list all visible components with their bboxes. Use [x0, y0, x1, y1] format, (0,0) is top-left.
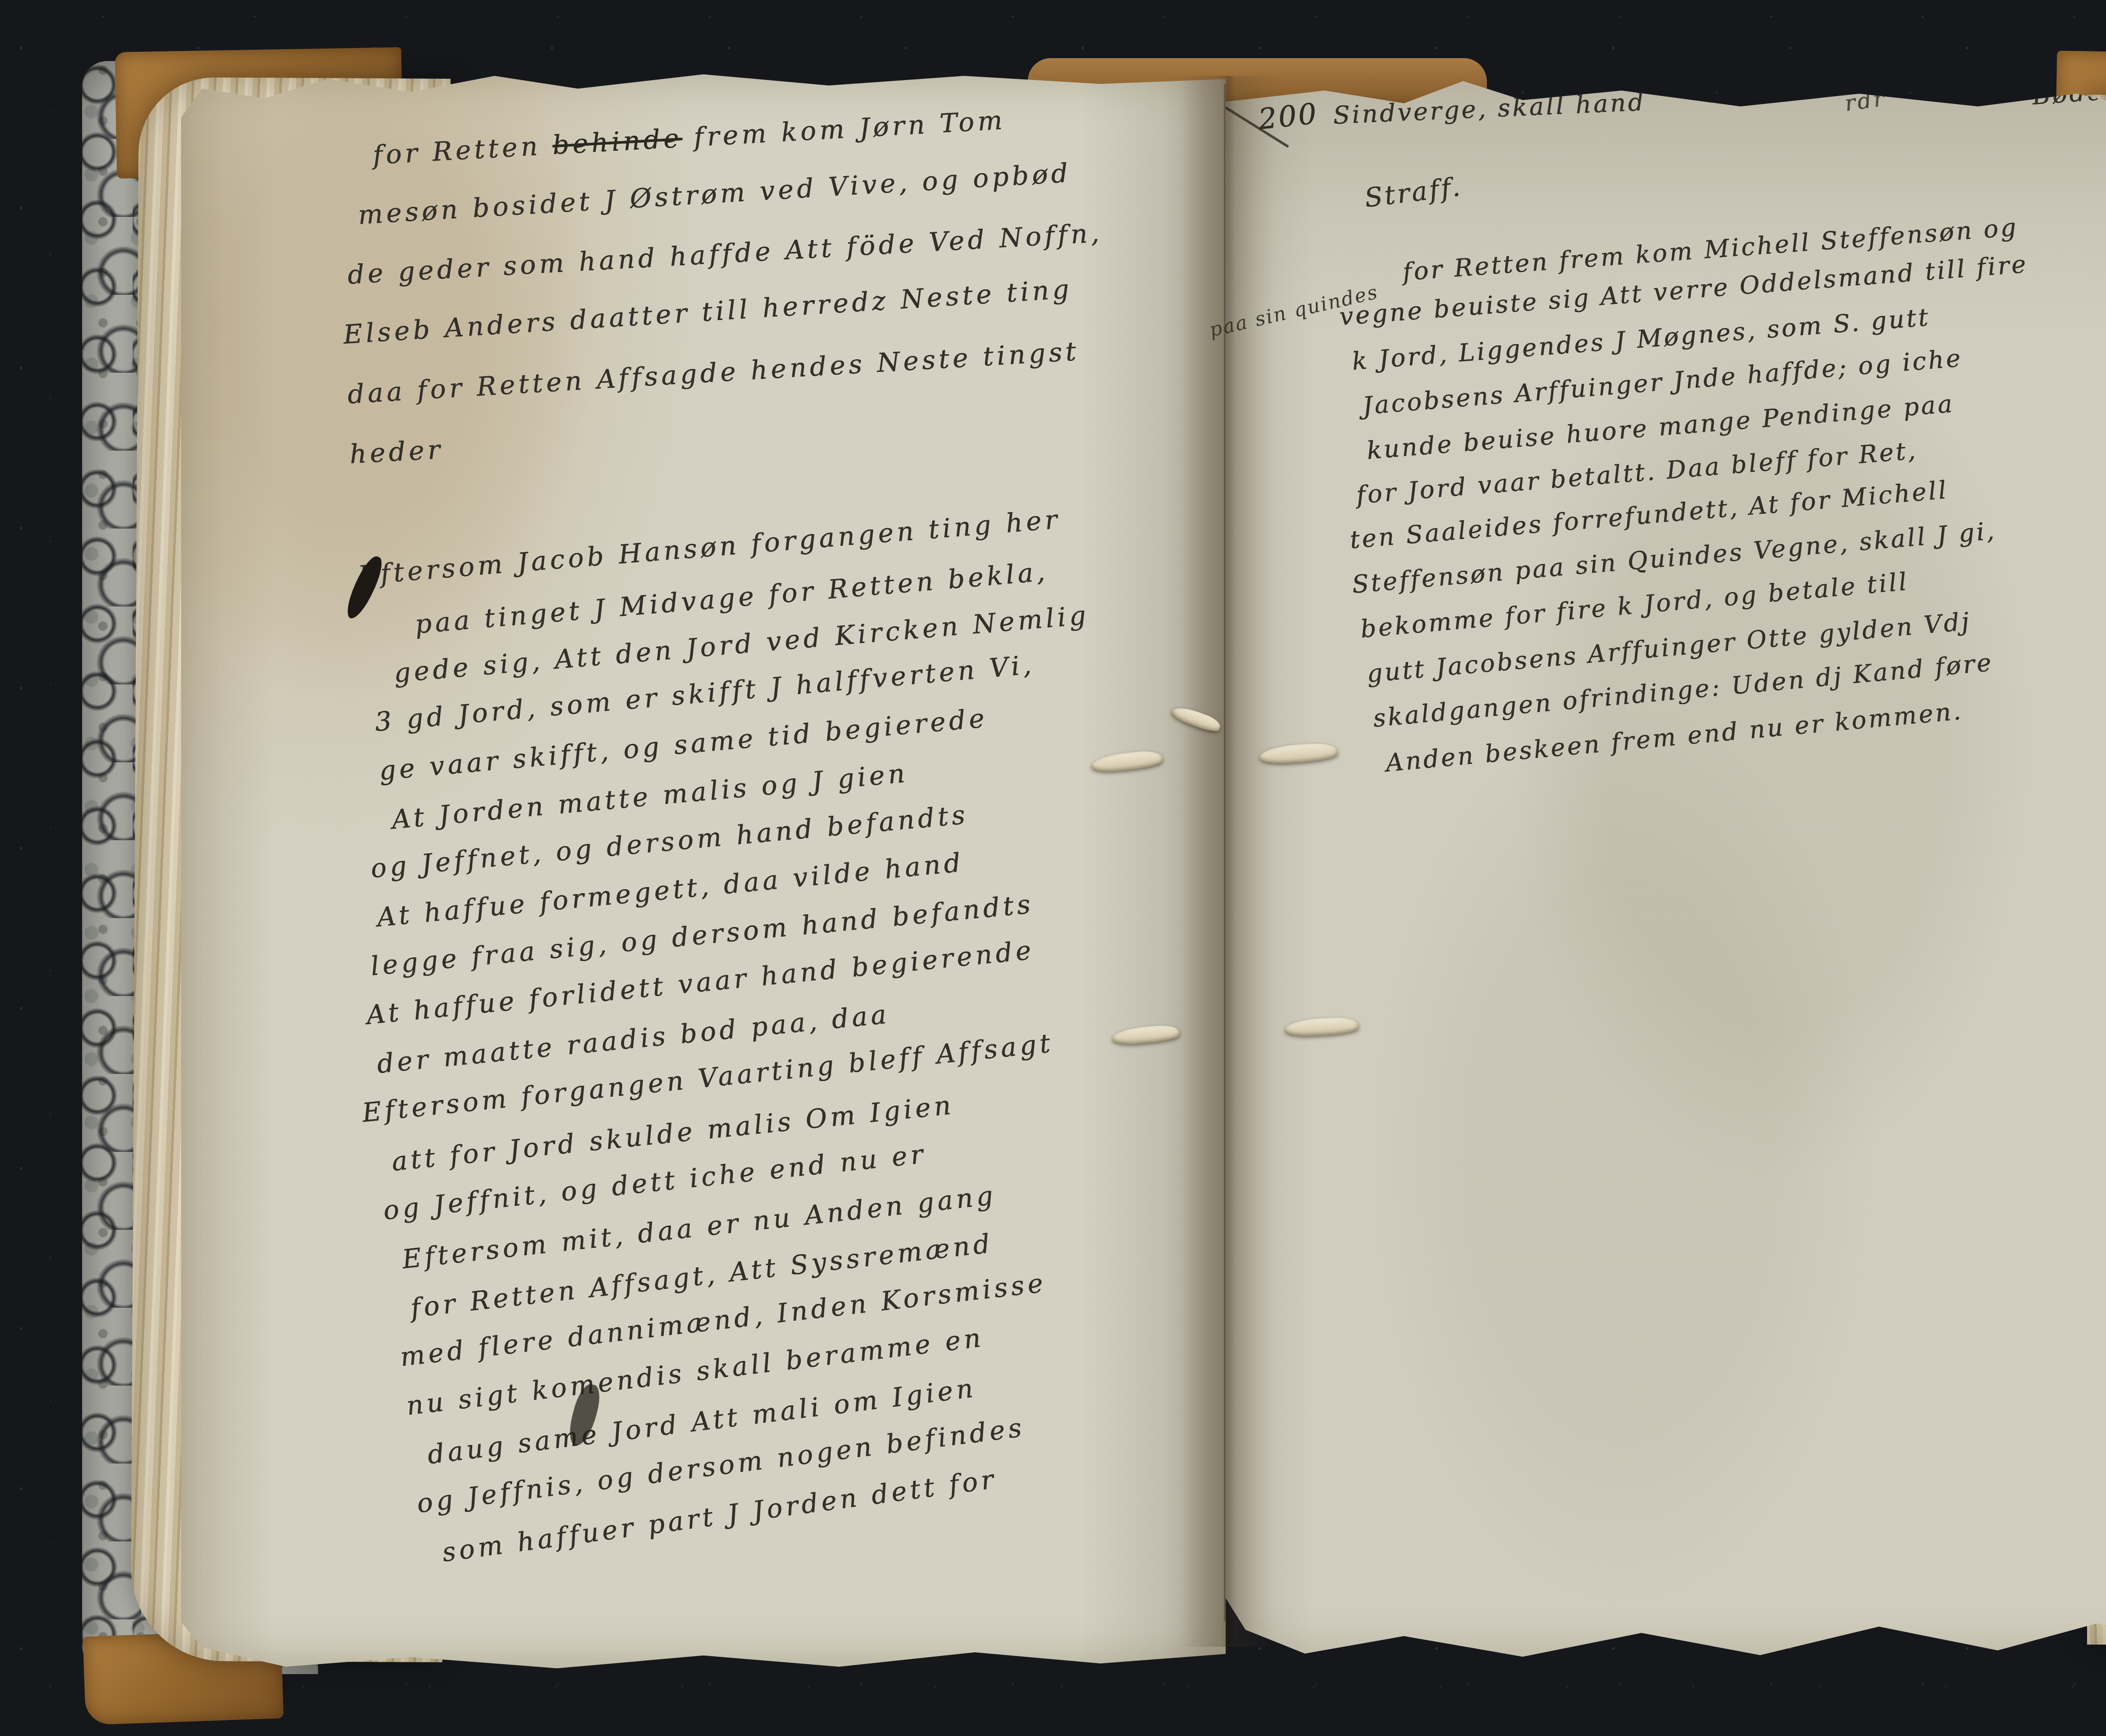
manuscript-header-line: Straff.: [1363, 172, 1464, 213]
manuscript-line: for Retten behinde frem kom Jørn Tom: [372, 106, 1006, 170]
right-page: 200 Sindverge, skall hand rdr Bøde sin S…: [1226, 78, 2106, 1661]
page-number: 200: [1257, 99, 1319, 134]
line-text: frem kom Jørn Tom: [693, 104, 1006, 152]
manuscript-book: for Retten behinde frem kom Jørn Tom mes…: [0, 0, 2106, 1736]
gutter-fold-line: [1224, 84, 1226, 1621]
line-text: for Retten: [372, 131, 542, 171]
manuscript-line: heder: [349, 435, 444, 469]
photo-background: for Retten behinde frem kom Jørn Tom mes…: [0, 0, 2106, 1736]
manuscript-header-abbrev: rdr: [1843, 87, 1887, 116]
left-page: for Retten behinde frem kom Jørn Tom mes…: [181, 69, 1226, 1670]
manuscript-line: Elseb Anders daatter till herredz Neste …: [342, 275, 1073, 349]
manuscript-line: mesøn bosidet J Østrøm ved Vive, og opbø…: [357, 158, 1072, 230]
struck-word: behinde: [551, 123, 683, 160]
manuscript-line: daa for Retten Affsagde hendes Neste tin…: [347, 337, 1080, 409]
